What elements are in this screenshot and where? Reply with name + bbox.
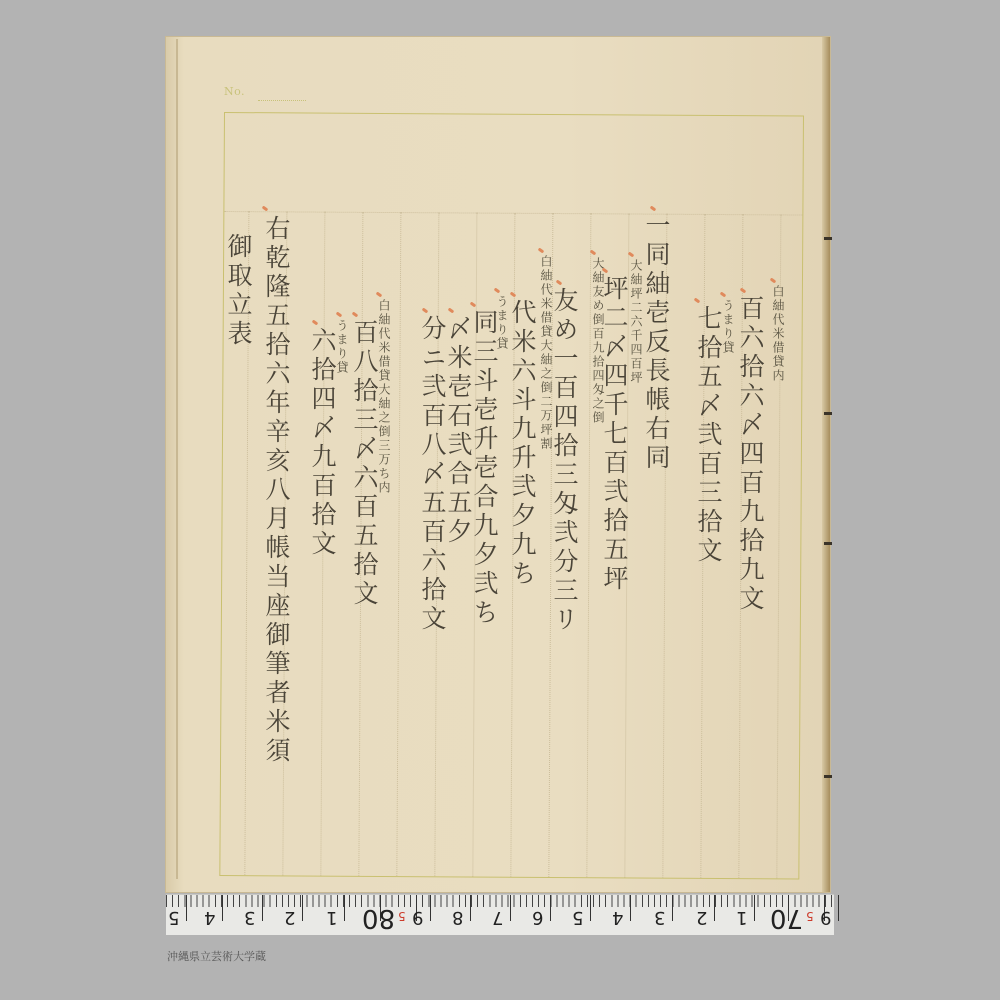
ruler-major-tick — [714, 895, 715, 921]
ruler-major-tick — [302, 895, 303, 921]
ruler-number: 1 — [326, 907, 337, 928]
text-column: 御取立表 — [226, 233, 251, 349]
text-column: 右乾隆五拾六年辛亥八月帳当座御筆者米須 — [264, 215, 289, 766]
text-column: 白紬代米借貸内 — [772, 285, 784, 383]
ruler-major-tick — [510, 895, 511, 921]
ruler-major-tick — [754, 895, 755, 921]
ruler-major-tick — [262, 895, 263, 921]
text-column: 坪二〆四千七百弐拾五坪 — [602, 275, 627, 594]
text-column: うまり貸 — [336, 319, 348, 375]
ruler-number: 8 — [452, 907, 463, 928]
ruler-number: 9 — [412, 907, 423, 928]
binding-stitch — [824, 412, 832, 415]
text-column: 分ニ弐百八〆五百六拾文 — [420, 315, 445, 634]
text-column: 百六拾六〆四百九拾九文 — [738, 295, 763, 614]
text-column: 〆米壱石弐合五夕 — [446, 315, 471, 547]
ruler-number: 3 — [244, 907, 255, 928]
ruler-major-tick — [470, 895, 471, 921]
text-column: 七拾五〆弐百三拾文 — [696, 305, 721, 566]
ruler-major-tick — [630, 895, 631, 921]
ruler-number: 80 — [362, 903, 395, 933]
text-column: 白紬代米借貸大紬之倒三万ち内 — [378, 299, 390, 495]
ruler-number: 4 — [204, 907, 215, 928]
ruler-major-tick — [838, 895, 839, 921]
text-column: 六拾四〆九百拾文 — [310, 327, 335, 559]
text-column: うまり貸 — [722, 299, 734, 355]
ruler-number: 1 — [736, 907, 747, 928]
page-number-label: No. — [224, 85, 245, 98]
ruler-number: 5 — [398, 909, 406, 923]
ruler-major-tick — [672, 895, 673, 921]
collection-credit: 沖縄県立芸術大学蔵 — [167, 948, 266, 964]
text-column: 大紬友め倒百九拾四匁之倒 — [592, 257, 604, 425]
binding-stitch — [824, 237, 832, 240]
ruler-number: 2 — [284, 907, 295, 928]
ruler-major-tick — [590, 895, 591, 921]
ruler-number: 5 — [168, 907, 179, 928]
text-column: 一同紬壱反長帳右同 — [644, 212, 669, 473]
ruler-number: 7 — [492, 907, 503, 928]
text-column: 百八拾三〆六百五拾文 — [352, 319, 377, 609]
ruler-major-tick — [344, 895, 345, 921]
ruler-major-tick — [550, 895, 551, 921]
column-rule — [396, 212, 401, 876]
page-spine — [176, 39, 178, 879]
document-page: No. 白紬代米借貸内百六拾六〆四百九拾九文うまり貸七拾五〆弐百三拾文一同紬壱反… — [166, 37, 830, 892]
ruler-number: 6 — [532, 907, 543, 928]
ruler-tick-marks — [166, 895, 834, 907]
binding-stitch — [824, 775, 832, 778]
ruler-number: 5 — [806, 909, 814, 923]
ruler-number: 3 — [654, 907, 665, 928]
measuring-ruler: 543218059876543217059 — [166, 894, 834, 935]
ruler-number: 5 — [572, 907, 583, 928]
text-column: 白紬代米借貸大紬之倒二万坪割 — [540, 255, 552, 451]
ruler-number: 9 — [820, 907, 831, 928]
binding-stitch — [824, 542, 832, 545]
text-column: 代米六斗九升弐夕九ち — [510, 299, 535, 589]
text-column: 大紬坪二六千四百坪 — [630, 259, 642, 385]
text-column: 同三斗壱升壱合九夕弐ち — [472, 309, 497, 628]
ruler-major-tick — [430, 895, 431, 921]
text-column: 友め一百四拾三匁弐分三リ — [552, 287, 577, 635]
ruler-major-tick — [186, 895, 187, 921]
ruler-major-tick — [222, 895, 223, 921]
page-number-line — [258, 100, 306, 101]
ruler-number: 2 — [696, 907, 707, 928]
page-binding-edge — [822, 37, 830, 892]
ruler-number: 4 — [612, 907, 623, 928]
ruler-number: 70 — [770, 903, 803, 933]
